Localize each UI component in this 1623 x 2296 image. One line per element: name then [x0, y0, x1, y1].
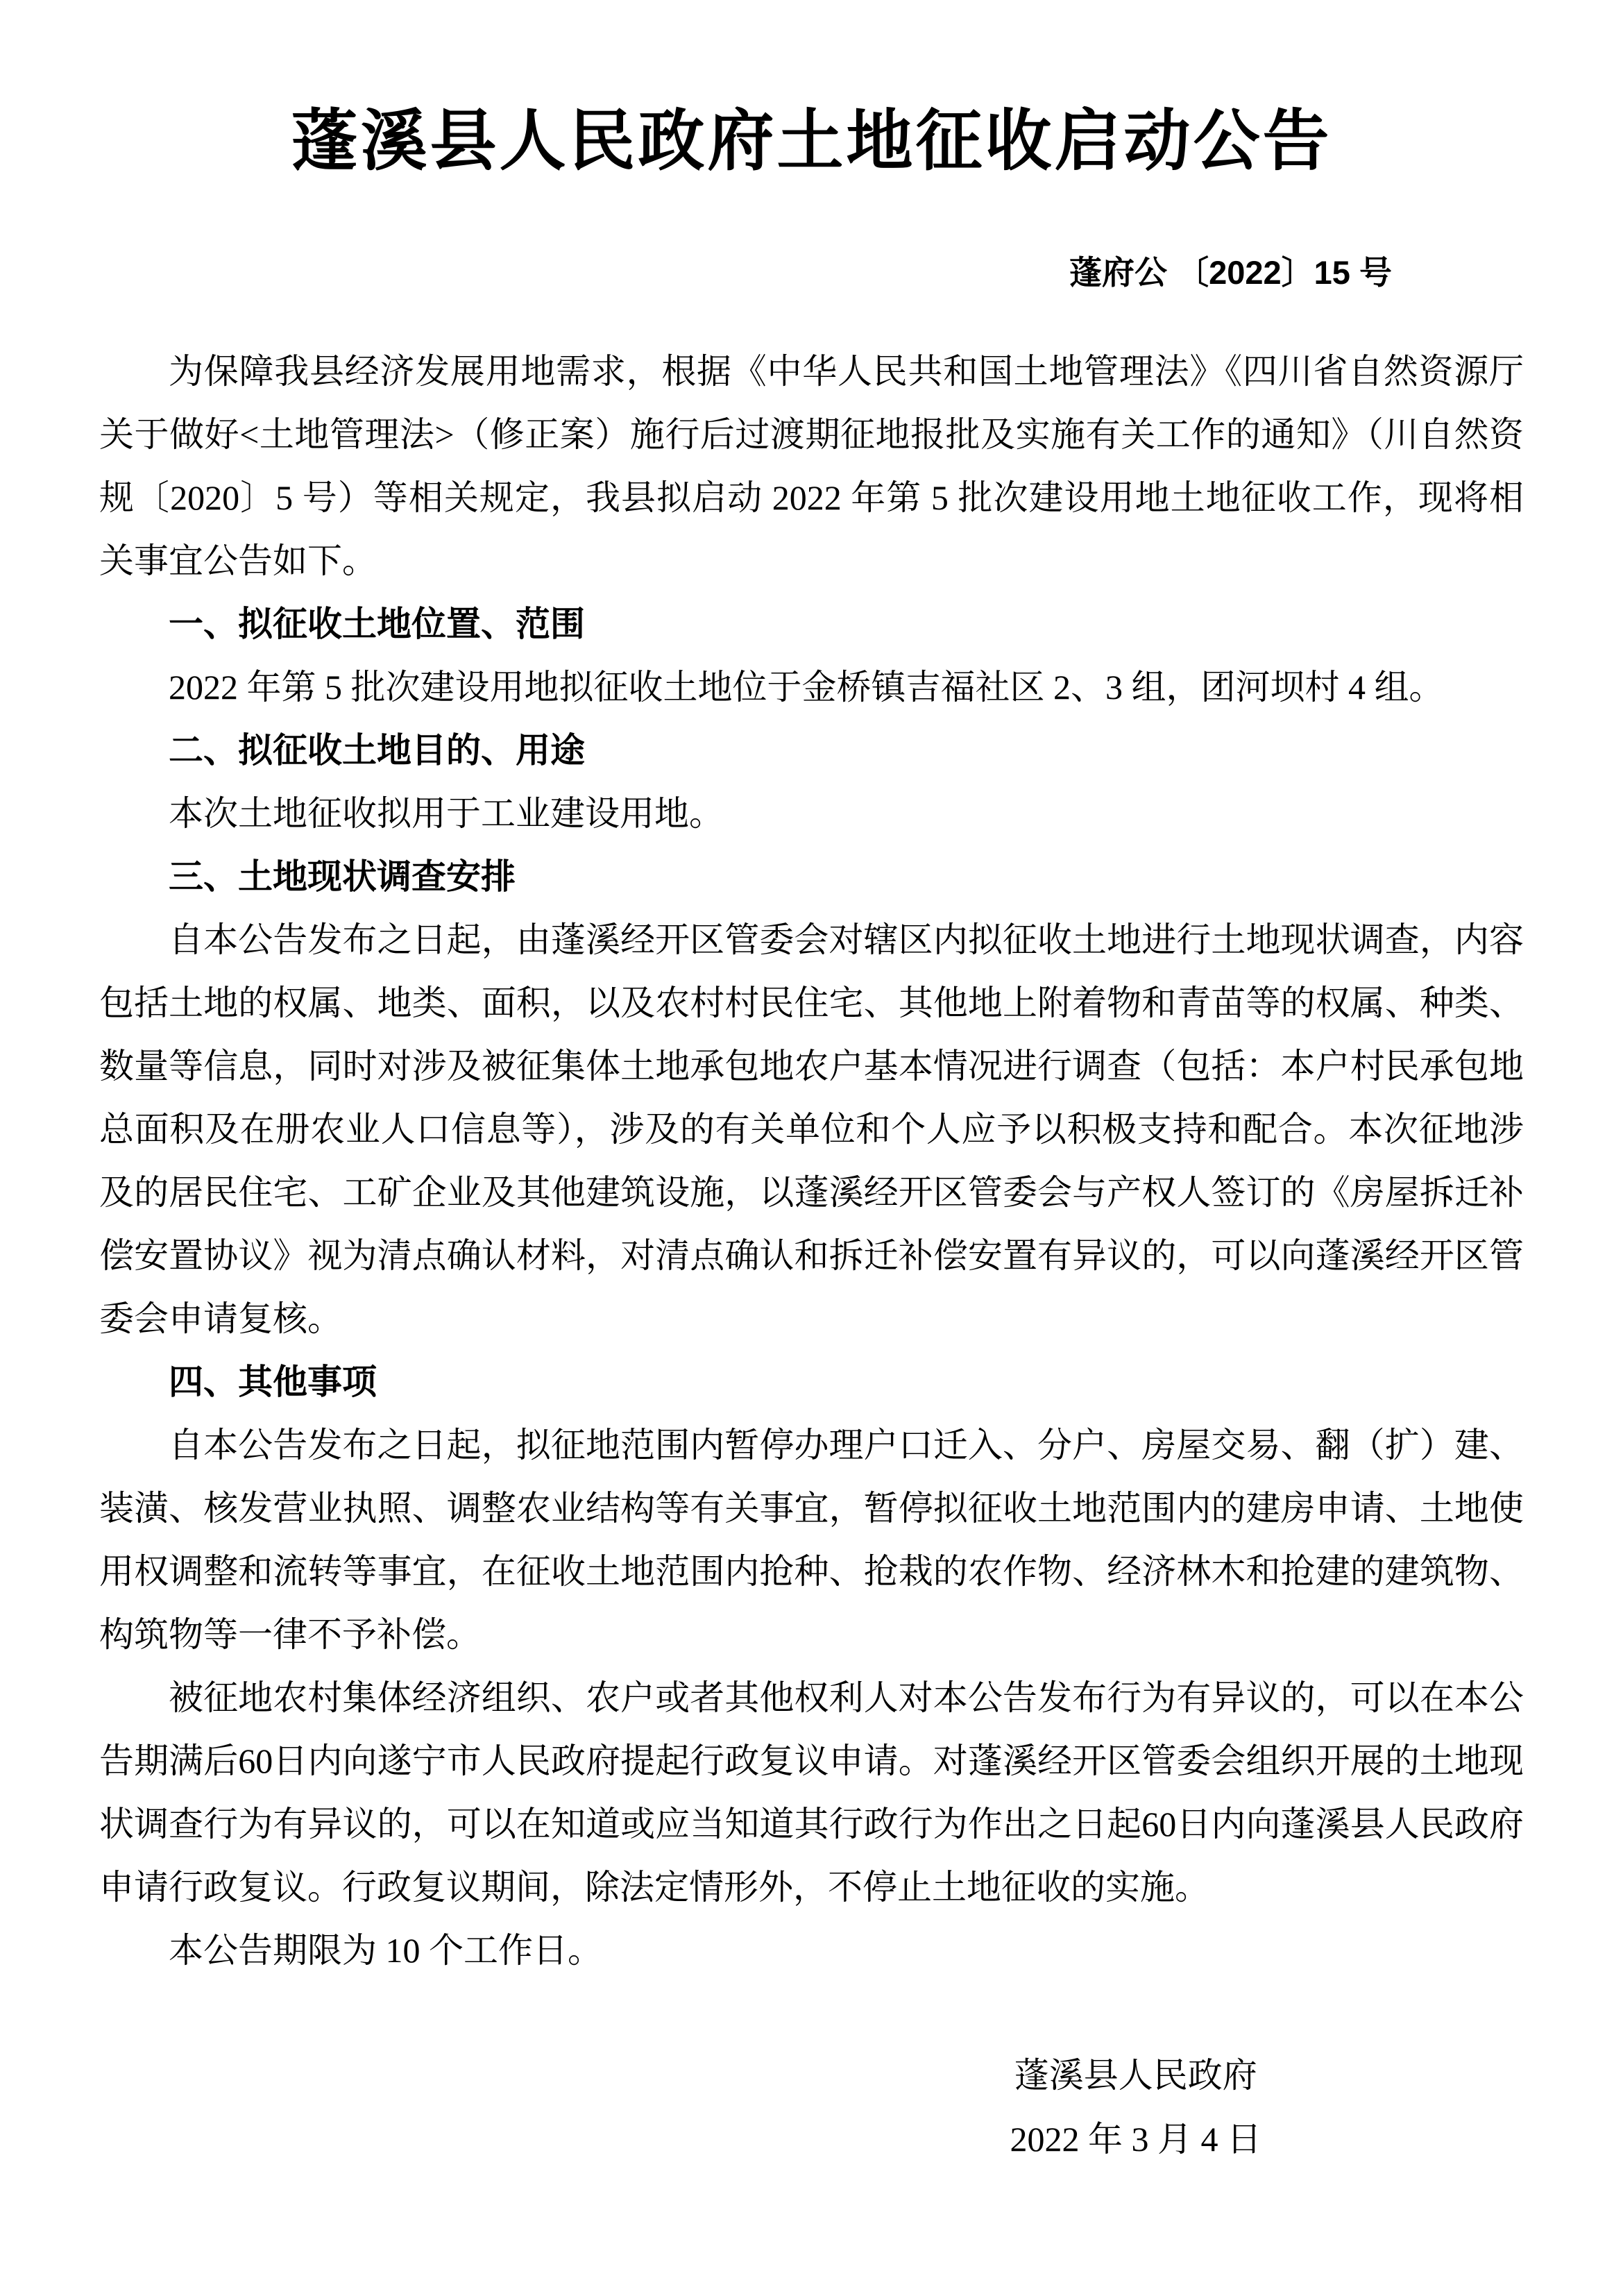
section-2-heading: 二、拟征收土地目的、用途 [99, 719, 1524, 782]
signature-issuer: 蓬溪县人民政府 [1010, 2043, 1262, 2107]
section-4-paragraph-2: 被征地农村集体经济组织、农户或者其他权利人对本公告发布行为有异议的，可以在本公告… [99, 1666, 1524, 1919]
section-2-paragraph: 本次土地征收拟用于工业建设用地。 [99, 782, 1524, 845]
section-4-heading: 四、其他事项 [99, 1351, 1524, 1414]
section-3-heading: 三、土地现状调查安排 [99, 845, 1524, 909]
intro-paragraph: 为保障我县经济发展用地需求，根据《中华人民共和国土地管理法》《四川省自然资源厅关… [99, 340, 1524, 593]
signature-date: 2022 年 3 月 4 日 [1010, 2107, 1262, 2171]
announcement-page: 蓬溪县人民政府土地征收启动公告 蓬府公 〔2022〕15 号 为保障我县经济发展… [0, 0, 1623, 2296]
notice-period-paragraph: 本公告期限为 10 个工作日。 [99, 1919, 1524, 1982]
section-1-paragraph: 2022 年第 5 批次建设用地拟征收土地位于金桥镇吉福社区 2、3 组，团河坝… [99, 656, 1524, 719]
section-1-heading: 一、拟征收土地位置、范围 [99, 593, 1524, 656]
section-4-paragraph-1: 自本公告发布之日起，拟征地范围内暂停办理户口迁入、分户、房屋交易、翻（扩）建、装… [99, 1414, 1524, 1666]
doc-number: 蓬府公 〔2022〕15 号 [99, 254, 1524, 292]
document-body: 为保障我县经济发展用地需求，根据《中华人民共和国土地管理法》《四川省自然资源厅关… [99, 340, 1524, 1982]
document-title: 蓬溪县人民政府土地征收启动公告 [99, 104, 1524, 179]
section-3-paragraph: 自本公告发布之日起，由蓬溪经开区管委会对辖区内拟征收土地进行土地现状调查，内容包… [99, 909, 1524, 1351]
signature-block: 蓬溪县人民政府 2022 年 3 月 4 日 [1010, 2043, 1262, 2171]
